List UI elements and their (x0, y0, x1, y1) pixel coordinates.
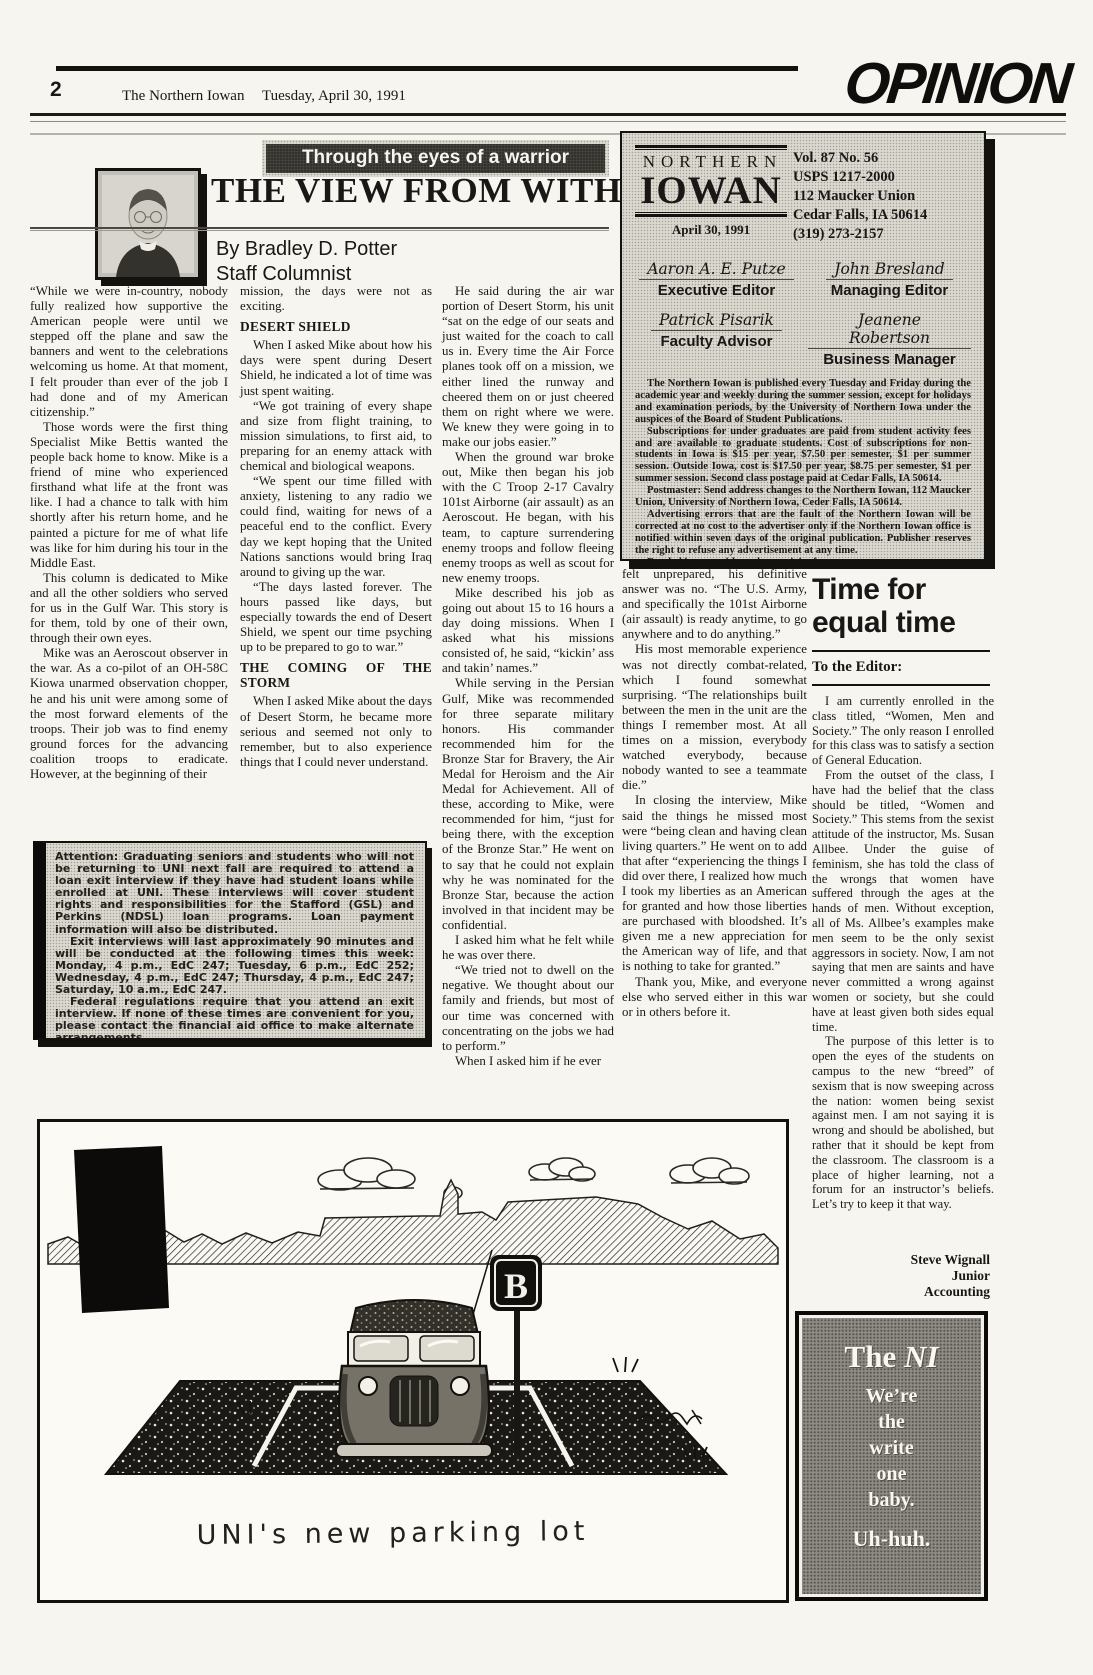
page-number: 2 (50, 78, 62, 102)
article-column-3: He said during the air war portion of De… (442, 284, 614, 1069)
article-paragraph: “We got training of every shape and size… (240, 399, 432, 474)
article-paragraph: “While we were in-country, nobody fully … (30, 284, 228, 420)
ni-promo-box: The NI We’re the write one baby. Uh-huh. (795, 1311, 988, 1601)
article-headline: THE VIEW FROM WITHIN (211, 171, 662, 211)
article-paragraph: mission, the days were not as exciting. (240, 284, 432, 314)
promo-title-prefix: The (845, 1339, 897, 1374)
masthead-staff: Aaron A. E. Putze Executive Editor John … (635, 260, 971, 368)
article-column-2: mission, the days were not as exciting. … (240, 284, 432, 770)
article-paragraph: His most memorable experience was not di… (622, 642, 807, 793)
article-paragraph: Thank you, Mike, and everyone else who s… (622, 975, 807, 1020)
signature-name: Steve Wignall (812, 1252, 990, 1268)
columnist-photo-image (98, 171, 198, 277)
promo-title-brand: NI (904, 1339, 938, 1374)
staff-cell: John Bresland Managing Editor (808, 260, 971, 299)
article-paragraph: “We spent our time filled with anxiety, … (240, 474, 432, 580)
fine-print-paragraph: Advertising errors that are the fault of… (635, 509, 971, 557)
signature-major: Accounting (812, 1284, 990, 1300)
issue-date: Tuesday, April 30, 1991 (262, 88, 406, 104)
article-paragraph: When I asked him if he ever (442, 1054, 614, 1069)
article-paragraph: In closing the interview, Mike said the … (622, 793, 807, 974)
article-paragraph: This column is dedicated to Mike and all… (30, 571, 228, 646)
letter-paragraph: From the outset of the class, I have had… (812, 768, 994, 1034)
notice-paragraph: Federal regulations require that you att… (55, 996, 414, 1040)
article-paragraph: When I asked Mike about the days of Dese… (240, 694, 432, 769)
article-paragraph: Mike was an Aeroscout observer in the wa… (30, 646, 228, 782)
masthead-top: NORTHERN IOWAN April 30, 1991 Vol. 87 No… (635, 145, 971, 244)
loan-exit-notice: Attention: Graduating seniors and studen… (33, 841, 427, 1040)
staff-cell: Jeanene Robertson Business Manager (808, 311, 971, 368)
masthead-phone: (319) 273-2157 (793, 225, 971, 244)
masthead-box: NORTHERN IOWAN April 30, 1991 Vol. 87 No… (620, 131, 986, 561)
promo-line: the (799, 1409, 984, 1435)
header-rule-thin (30, 121, 1066, 122)
article-paragraph: felt unprepared, his definitive answer w… (622, 567, 807, 642)
header-top-rule (56, 66, 798, 71)
notice-paragraph: Exit interviews will last approximately … (55, 936, 414, 996)
letter-paragraph: I am currently enrolled in the class tit… (812, 694, 994, 768)
car-headlight (451, 1377, 469, 1395)
section-title: OPINION (842, 50, 1073, 117)
promo-line: baby. (799, 1487, 984, 1513)
masthead-address-line1: 112 Maucker Union (793, 187, 971, 206)
columnist-photo (95, 168, 201, 280)
promo-tagline: Uh-huh. (799, 1526, 984, 1552)
fine-print-paragraph: Subscriptions for under graduates are pa… (635, 426, 971, 486)
staff-cell: Aaron A. E. Putze Executive Editor (635, 260, 798, 299)
parking-sign-letter: B (504, 1266, 528, 1306)
letter-body: I am currently enrolled in the class tit… (812, 694, 994, 1212)
letter-rule (812, 684, 990, 686)
headline-rule (30, 227, 609, 231)
byline-block: By Bradley D. Potter Staff Columnist (216, 237, 397, 287)
letter-paragraph: The purpose of this letter is to open th… (812, 1034, 994, 1212)
article-column-1: “While we were in-country, nobody fully … (30, 284, 228, 782)
signature-class: Junior (812, 1268, 990, 1284)
car-bumper (336, 1444, 492, 1457)
masthead-volume: Vol. 87 No. 56 (793, 149, 971, 168)
fine-print-paragraph: The Northern Iowan is published every Tu… (635, 378, 971, 426)
promo-lines: We’re the write one baby. (799, 1383, 984, 1513)
fine-print-paragraph: Funded in part with student activity fee… (635, 557, 971, 561)
masthead-info: Vol. 87 No. 56 USPS 1217-2000 112 Maucke… (793, 145, 971, 244)
fine-print-paragraph: Postmaster: Send address changes to the … (635, 485, 971, 509)
parked-car (336, 1250, 492, 1457)
article-subhead: THE COMING OF THE STORM (240, 660, 432, 690)
notice-paragraph: Attention: Graduating seniors and studen… (55, 851, 414, 936)
kicker-text: Through the eyes of a warrior (266, 144, 605, 173)
promo-line: We’re (799, 1383, 984, 1409)
promo-title: The NI (799, 1339, 984, 1375)
promo-line: write (799, 1435, 984, 1461)
article-paragraph: Those words were the first thing Special… (30, 420, 228, 571)
byline-author: By Bradley D. Potter (216, 237, 397, 262)
article-paragraph: “The days lasted forever. The hours pass… (240, 580, 432, 655)
staff-title: Business Manager (808, 351, 971, 368)
article-paragraph: Mike described his job as going out abou… (442, 586, 614, 677)
letter-rule (812, 650, 990, 652)
running-head: The Northern Iowan Tuesday, April 30, 19… (122, 88, 406, 105)
masthead-name-line2: IOWAN (635, 172, 787, 210)
campanile-monolith (74, 1146, 169, 1313)
staff-title: Faculty Advisor (635, 333, 798, 350)
article-subhead: DESERT SHIELD (240, 319, 432, 334)
article-paragraph: While serving in the Persian Gulf, Mike … (442, 676, 614, 933)
newspaper-page: 2 The Northern Iowan Tuesday, April 30, … (0, 0, 1093, 1675)
masthead-usps: USPS 1217-2000 (793, 168, 971, 187)
clouds (318, 1158, 749, 1199)
masthead-date: April 30, 1991 (635, 222, 787, 238)
promo-line: one (799, 1461, 984, 1487)
logo-rule (635, 145, 787, 150)
article-paragraph: When the ground war broke out, Mike then… (442, 450, 614, 586)
article-paragraph: When I asked Mike about how his days wer… (240, 338, 432, 398)
staff-signature: Patrick Pisarik (651, 311, 782, 331)
masthead-logo: NORTHERN IOWAN April 30, 1991 (635, 145, 787, 244)
masthead-fine-print: The Northern Iowan is published every Tu… (635, 378, 971, 561)
article-paragraph: He said during the air war portion of De… (442, 284, 614, 450)
staff-signature: John Bresland (826, 260, 952, 280)
logo-rule (635, 212, 787, 217)
editorial-cartoon: B UNI's new parking lot (37, 1119, 789, 1603)
staff-signature: Aaron A. E. Putze (639, 260, 793, 280)
car-headlight (359, 1377, 377, 1395)
publication-name: The Northern Iowan (122, 88, 244, 104)
letter-headline: Time for equal time (812, 573, 997, 639)
article-paragraph: I asked him what he felt while he was ov… (442, 933, 614, 963)
staff-signature: Jeanene Robertson (808, 311, 971, 349)
header-rule (30, 113, 1066, 116)
article-column-4: felt unprepared, his definitive answer w… (622, 567, 807, 1020)
letter-signature: Steve Wignall Junior Accounting (812, 1252, 990, 1300)
letter-salutation: To the Editor: (812, 659, 902, 676)
staff-cell: Patrick Pisarik Faculty Advisor (635, 311, 798, 368)
staff-title: Executive Editor (635, 282, 798, 299)
masthead-address-line2: Cedar Falls, IA 50614 (793, 206, 971, 225)
article-paragraph: “We tried not to dwell on the negative. … (442, 963, 614, 1054)
staff-title: Managing Editor (808, 282, 971, 299)
